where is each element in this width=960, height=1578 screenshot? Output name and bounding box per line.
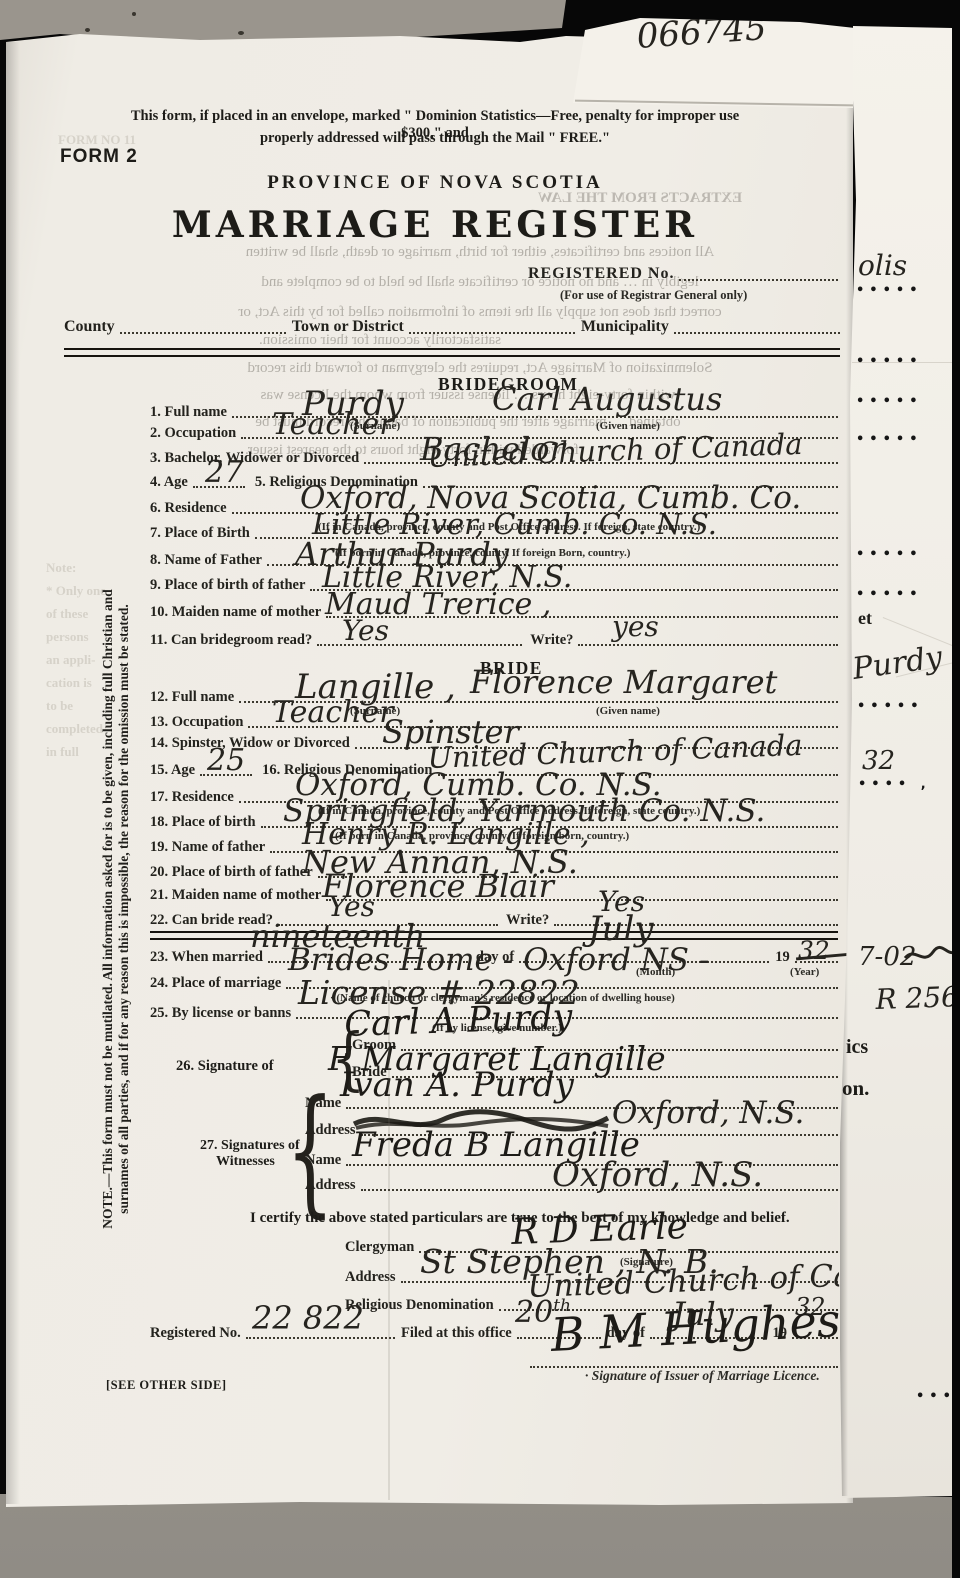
field-label: 18. Place of birth xyxy=(150,815,261,830)
address-label: Address xyxy=(305,1178,361,1193)
field-label: 17. Residence xyxy=(150,790,239,805)
dotted-line xyxy=(679,279,838,281)
paper-speck xyxy=(132,12,136,16)
field-groom-literacy: 11. Can bridegroom read? Write? xyxy=(150,630,838,647)
divider-double-rule xyxy=(64,348,840,357)
town-or-district-label: Town or District xyxy=(286,319,409,335)
signature-of-label: 26. Signature of xyxy=(176,1058,274,1075)
address-label: Address xyxy=(345,1270,401,1285)
field-label: 6. Residence xyxy=(150,501,232,516)
field-label: 2. Occupation xyxy=(150,426,241,441)
handwritten-fragment-r2561: R 2561 xyxy=(875,982,960,1014)
dotted-line xyxy=(578,644,838,646)
field-label: 7. Place of Birth xyxy=(150,526,255,541)
filed-label: Filed at this office xyxy=(395,1326,517,1341)
printed-fragment-on: on. xyxy=(842,1076,869,1101)
handwritten-bride-occupation: Teacher xyxy=(272,698,394,728)
handwritten-groom-can-write: yes xyxy=(612,613,659,641)
handwritten-marriage-month: July xyxy=(588,912,654,946)
field-label: 12. Full name xyxy=(150,690,239,705)
margin-note: NOTE.—This form must not be mutilated. A… xyxy=(100,551,132,1267)
handwritten-issuer-signature: B M Hughes xyxy=(550,1297,842,1358)
scribble-mark xyxy=(903,944,959,968)
handwritten-groom-occupation: Teacher xyxy=(272,410,394,440)
dotted-leader-fragment: ••••• xyxy=(856,284,923,297)
registered-no-label: Registered No. xyxy=(150,1326,246,1341)
registrar-general-note: (For use of Registrar General only) xyxy=(560,288,747,303)
witnesses-label-line1: 27. Signatures of xyxy=(200,1138,300,1154)
marriage-register-form-page: EXTRACTS FROM THE LAW All notices and ce… xyxy=(0,0,960,1578)
field-label: 15. Age xyxy=(150,763,200,778)
envelope-note-line2: properly addressed will pass through the… xyxy=(115,130,755,147)
fold-crease xyxy=(388,980,390,1500)
dotted-line xyxy=(409,332,575,334)
dotted-line xyxy=(120,332,286,334)
field-label: 8. Name of Father xyxy=(150,553,267,568)
field-label: 10. Maiden name of mother xyxy=(150,605,326,620)
margin-note-line1: NOTE.—This form must not be mutilated. A… xyxy=(100,551,116,1267)
field-label: 24. Place of marriage xyxy=(150,976,286,991)
dotted-leader-fragment: •••• , xyxy=(858,778,931,791)
field-location: County Town or District Municipality xyxy=(64,318,840,335)
dotted-leader-fragment: ••••• xyxy=(856,433,923,446)
page-title: MARRIAGE REGISTER xyxy=(115,204,755,246)
field-label: REGISTERED No. xyxy=(528,266,679,282)
write-label: Write? xyxy=(522,633,578,648)
dotted-line xyxy=(674,332,840,334)
page-edge-shadow xyxy=(6,42,20,1504)
handwritten-serial-number: 066745 xyxy=(636,11,768,54)
printed-fragment-ics: ics xyxy=(846,1036,868,1059)
field-label: 25. By license or banns xyxy=(150,1006,296,1021)
handwritten-registered-number: 22 822 xyxy=(252,1302,364,1334)
field-label: 1. Full name xyxy=(150,405,232,420)
field-label: 11. Can bridegroom read? xyxy=(150,633,317,648)
field-registered-no: REGISTERED No. xyxy=(528,265,838,282)
name-label: Name xyxy=(305,1153,346,1168)
paper-speck xyxy=(238,31,244,35)
dotted-line xyxy=(246,1337,395,1339)
handwritten-bride-age: 25 xyxy=(207,746,245,776)
denomination-label: Religious Denomination xyxy=(345,1298,499,1313)
handwritten-groom-signature: Carl A Purdy xyxy=(344,1000,573,1043)
handwritten-fragment-purdy: Purdy xyxy=(851,643,944,685)
municipality-label: Municipality xyxy=(575,319,674,335)
dotted-leader-fragment: ••••• xyxy=(856,588,923,601)
handwritten-groom-age: 27 xyxy=(205,458,243,488)
field-label: 13. Occupation xyxy=(150,715,248,730)
printed-fragment-et: et xyxy=(858,608,872,629)
field-label: 20. Place of birth of father xyxy=(150,865,318,880)
dotted-leader-fragment: ••••• xyxy=(916,1390,960,1403)
bleedthrough-side-note: Note:* Only one of thesepersons an appli… xyxy=(46,556,106,763)
handwritten-bride-given-name: Florence Margaret xyxy=(470,666,777,698)
dotted-leader-fragment: ••••• xyxy=(856,548,923,561)
field-label: 14. Spinster, Widow or Divorced xyxy=(150,736,355,751)
handwritten-witness1-address: Oxford, N.S. xyxy=(612,1098,804,1129)
field-label: 4. Age xyxy=(150,475,193,490)
dotted-leader-fragment: ••••• xyxy=(856,395,923,408)
field-label: 19. Name of father xyxy=(150,840,270,855)
handwritten-groom-given-name: Carl Augustus xyxy=(492,383,722,415)
witnesses-label-line2: Witnesses xyxy=(216,1154,275,1170)
form-number-label: FORM 2 xyxy=(60,146,138,168)
dotted-leader-fragment: ••••• xyxy=(857,700,924,713)
field-label: 3. Bachelor, Widower or Divorced xyxy=(150,451,364,466)
handwritten-fragment-32: 32 xyxy=(862,748,895,774)
province-heading: PROVINCE OF NOVA SCOTIA xyxy=(115,172,755,194)
handwritten-witness1-name: Ivan A. Purdy xyxy=(340,1068,574,1102)
clergyman-label: Clergyman xyxy=(345,1240,419,1255)
issuer-signature-caption: · Signature of Issuer of Marriage Licenc… xyxy=(585,1368,820,1384)
county-label: County xyxy=(64,319,120,335)
handwritten-groom-can-read: Yes xyxy=(342,617,389,645)
dotted-leader-fragment: ••••• xyxy=(856,355,923,368)
field-label: 9. Place of birth of father xyxy=(150,578,310,593)
bleedthrough-text: All notices and certificates, either for… xyxy=(112,244,848,261)
paper-speck xyxy=(85,28,90,32)
handwritten-fragment-olis: olis xyxy=(858,252,907,280)
handwritten-witness2-address: Oxford, N.S. xyxy=(552,1158,763,1192)
scanned-marriage-register: EXTRACTS FROM THE LAW All notices and ce… xyxy=(0,0,960,1578)
year-prefix: 19 xyxy=(769,950,795,965)
field-label: 21. Maiden name of mother xyxy=(150,888,326,903)
see-other-side-note: [SEE OTHER SIDE] xyxy=(106,1378,227,1393)
handwritten-place-of-marriage: Brides Home - Oxford NS - xyxy=(288,945,709,976)
margin-note-line2: surnames of all parties, and if for any … xyxy=(116,551,132,1267)
write-label: Write? xyxy=(498,913,554,928)
